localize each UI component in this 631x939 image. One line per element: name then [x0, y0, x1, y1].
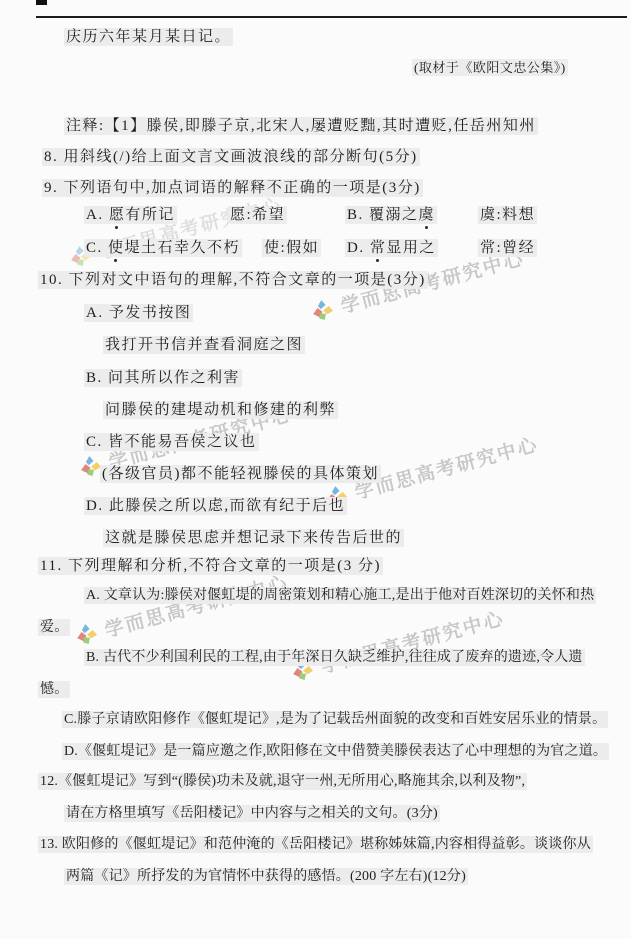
q9-b-dotted-char: 虞: [419, 205, 436, 225]
q10-option-a-phrase: A. 予发书按图: [84, 303, 193, 323]
q11-option-d: D.《偃虹堤记》是一篇应邀之作,欧阳修在文中借赞美滕侯表达了心中理想的为官之道。: [62, 742, 609, 762]
q9-c-post: 堤土石幸久不朽: [125, 240, 241, 256]
q10-option-b-phrase: B. 问其所以作之利害: [84, 368, 242, 388]
q9-option-b-phrase: B. 覆溺之虞: [345, 205, 437, 225]
q9-a-dotted-char: 愿: [109, 205, 126, 225]
q9-option-a-gloss: 愿:希望: [228, 205, 287, 225]
source-line: (取材于《欧阳文忠公集》): [412, 58, 568, 78]
q9-option-b-gloss: 虞:料想: [478, 205, 537, 225]
question-8: 8. 用斜线(/)给上面文言文画波浪线的部分断句(5分): [42, 147, 420, 167]
q9-d-dotted-char: 常: [370, 238, 387, 258]
question-11-title: 11. 下列理解和分析,不符合文章的一项是(3 分): [38, 556, 383, 576]
q11-option-b-line2: 憾。: [38, 680, 70, 700]
question-13-line2: 两篇《记》所抒发的为官情怀中获得的感悟。(200 字左右)(12分): [64, 867, 468, 887]
note-line: 注释:【1】滕侯,即滕子京,北宋人,屡遭贬黜,其时遭贬,任岳州知州: [64, 116, 538, 136]
q9-d-post: 显用之: [386, 240, 436, 256]
q11-option-a-line2: 爱。: [38, 618, 70, 638]
q11-option-a-line1: A. 文章认为:滕侯对偃虹堤的周密策划和精心施工,是出于他对百姓深切的关怀和热: [84, 586, 596, 606]
q10-option-c-phrase: C. 皆不能易吾侯之议也: [84, 432, 259, 452]
q9-option-d-phrase: D. 常显用之: [345, 238, 438, 258]
question-12-line2: 请在方格里填写《岳阳楼记》中内容与之相关的文句。(3分): [64, 804, 440, 824]
q10-option-c-translation: (各级官员)都不能轻视滕侯的具体策划: [100, 464, 381, 484]
date-line: 庆历六年某月某日记。: [64, 27, 233, 47]
q9-d-pre: D.: [347, 240, 370, 256]
question-13-line1: 13. 欧阳修的《偃虹堤记》和范仲淹的《岳阳楼记》堪称姊妹篇,内容相得益彰。谈谈…: [38, 835, 593, 855]
q10-option-a-translation: 我打开书信并查看洞庭之图: [103, 335, 305, 355]
q9-b-pre: B. 覆溺之: [347, 207, 419, 223]
q10-option-d-phrase: D. 此滕侯之所以虑,而欲有纪于后也: [84, 496, 347, 516]
watermark: 学而思高考研究中心: [289, 604, 508, 687]
pinwheel-logo-icon: [73, 620, 101, 648]
q9-a-post: 有所记: [125, 207, 175, 223]
q9-c-dotted-char: 使: [108, 238, 125, 258]
q9-option-a-phrase: A. 愿有所记: [84, 205, 177, 225]
q11-option-b-line1: B. 古代不少利国利民的工程,由于年深日久缺乏维护,往往成了废弃的遗迹,令人遗: [84, 648, 585, 668]
question-10-title: 10. 下列对文中语句的理解,不符合文章的一项是(3分): [38, 270, 428, 290]
pinwheel-logo-icon: [309, 296, 337, 324]
question-12-line1: 12.《偃虹堤记》写到“(滕侯)功未及就,退守一州,无所用心,略施其余,以利及物…: [38, 772, 527, 792]
question-9-title: 9. 下列语句中,加点词语的解释不正确的一项是(3分): [42, 178, 423, 198]
q11-option-c: C.滕子京请欧阳修作《偃虹堤记》,是为了记载岳州面貌的改变和百姓安居乐业的情景。: [62, 710, 608, 730]
q9-c-pre: C.: [86, 240, 108, 256]
watermark: 学而思高考研究中心: [73, 568, 292, 651]
corner-mark: [36, 0, 47, 5]
q10-option-d-translation: 这就是滕侯思虑并想记录下来传告后世的: [103, 528, 404, 548]
q9-option-c-gloss: 使:假如: [262, 238, 321, 258]
watermark: 学而思高考研究中心: [67, 190, 286, 273]
q10-option-b-translation: 问滕侯的建堤动机和修建的利弊: [103, 400, 338, 420]
page-top-border: [36, 16, 627, 18]
q9-option-d-gloss: 常:曾经: [478, 238, 537, 258]
q9-a-pre: A.: [86, 207, 109, 223]
scanned-exam-page: 学而思高考研究中心 学而思高考研究中心 学而思高考研究中心 学而思高考研究中心 …: [0, 0, 631, 939]
q9-option-c-phrase: C. 使堤土石幸久不朽: [84, 238, 242, 258]
